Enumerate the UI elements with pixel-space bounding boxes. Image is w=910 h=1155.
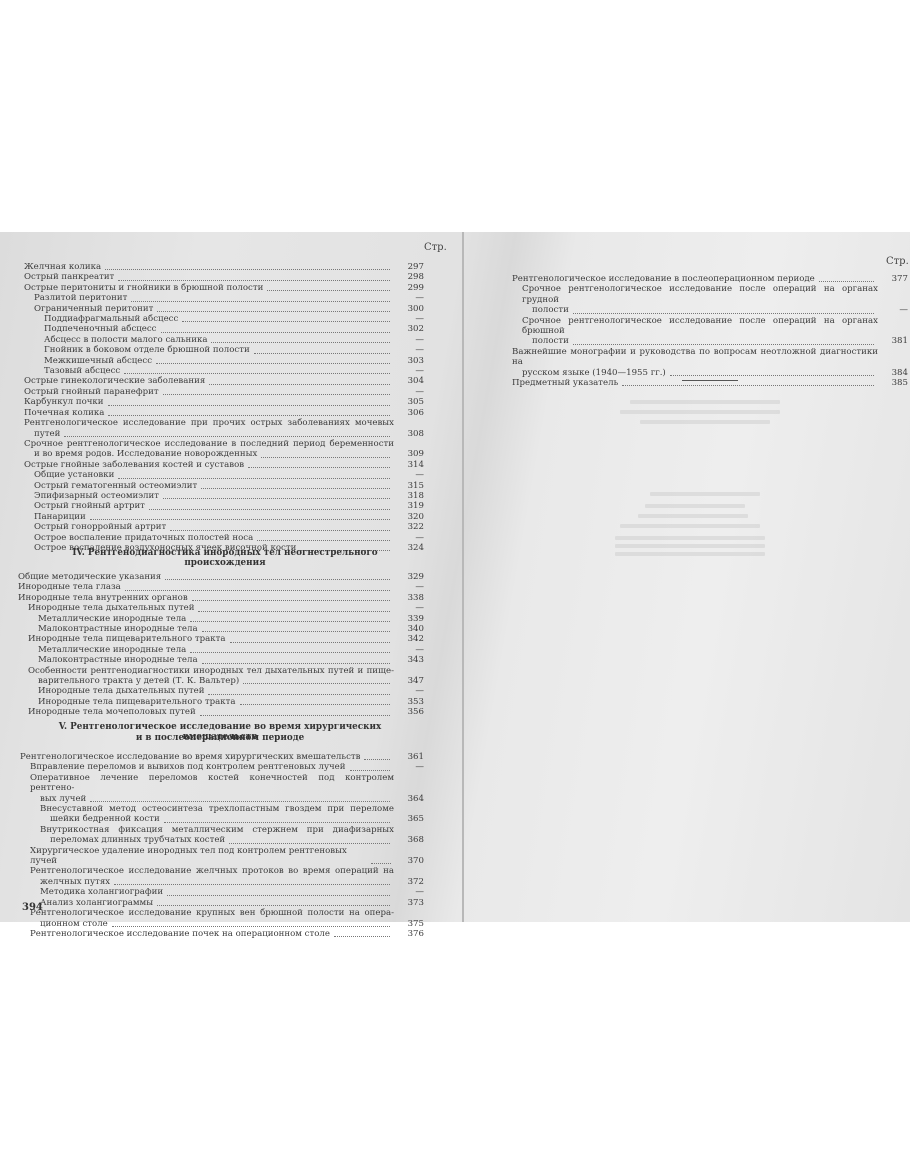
- toc-entry-title: Тазовый абсцесс: [44, 366, 120, 376]
- toc-entry-title-cont: и во время родов. Исследование новорожде…: [34, 449, 257, 459]
- show-through-text: [650, 492, 760, 496]
- dot-leader: [248, 467, 390, 468]
- toc-entry-title: Разлитой перитонит: [34, 293, 127, 303]
- toc-page-number: 319: [394, 501, 424, 511]
- toc-entry: Внесуставной метод остеосинтеза трехлопа…: [20, 804, 424, 825]
- dot-leader: [202, 663, 390, 664]
- toc-entry: Вправление переломов и вывихов под контр…: [20, 762, 424, 772]
- page-column-header: Стр.: [886, 256, 909, 267]
- toc-page-number: 299: [394, 283, 424, 293]
- toc-entry: Важнейшие монографии и руководства по во…: [512, 347, 908, 378]
- show-through-text: [620, 524, 760, 528]
- toc-entry-title: Гнойник в боковом отделе брюшной полости: [44, 345, 250, 355]
- toc-entry: Разлитой перитонит—: [24, 293, 424, 303]
- toc-block-a: Желчная колика297Острый панкреатит298Ост…: [24, 262, 424, 553]
- dot-leader: [211, 342, 390, 343]
- toc-page-number: 339: [394, 614, 424, 624]
- dot-leader: [267, 290, 390, 291]
- toc-entry-title: Общие методические указания: [18, 572, 161, 582]
- toc-page-number: 365: [394, 814, 424, 824]
- dot-leader: [819, 281, 874, 282]
- toc-entry: Хирургическое удаление инородных тел под…: [20, 846, 424, 867]
- toc-entry-title: Желчная колика: [24, 262, 101, 272]
- toc-entry-title: Инородные тела дыхательных путей: [28, 603, 194, 613]
- toc-entry-title-cont: шейки бедренной кости: [50, 814, 160, 824]
- toc-entry-title: Острые гнойные заболевания костей и суст…: [24, 460, 244, 470]
- toc-page-number: —: [394, 366, 424, 376]
- dot-leader: [190, 621, 390, 622]
- show-through-text: [615, 536, 765, 540]
- toc-entry: Общие методические указания329: [18, 572, 424, 582]
- dot-leader: [622, 385, 874, 386]
- toc-entry-title: Острый гнойный паранефрит: [24, 387, 159, 397]
- toc-entry: Инородные тела дыхательных путей—: [18, 686, 424, 696]
- dot-leader: [261, 457, 390, 458]
- toc-entry-title: Острый гонорройный артрит: [34, 522, 166, 532]
- dot-leader: [371, 863, 391, 864]
- dot-leader: [163, 498, 390, 499]
- toc-entry-title: Эпифизарный остеомиэлит: [34, 491, 159, 501]
- left-page: Стр. Желчная колика297Острый панкреатит2…: [0, 232, 460, 922]
- toc-entry-title-cont: ционном столе: [40, 919, 108, 929]
- toc-entry-title: Внесуставной метод остеосинтеза трехлопа…: [40, 804, 394, 814]
- toc-entry: Малоконтрастные инородные тела340: [18, 624, 424, 634]
- toc-block-c: Рентгенологическое исследование во время…: [20, 752, 424, 939]
- toc-entry: Металлические инородные тела339: [18, 614, 424, 624]
- toc-page-number: 372: [394, 877, 424, 887]
- dot-leader: [90, 801, 390, 802]
- toc-entry: Рентгенологическое исследование в послео…: [512, 274, 908, 284]
- dot-leader: [165, 579, 390, 580]
- toc-entry: Острый гнойный паранефрит—: [24, 387, 424, 397]
- dot-leader: [108, 405, 390, 406]
- dot-leader: [254, 353, 390, 354]
- toc-entry-title: Малоконтрастные инородные тела: [38, 624, 198, 634]
- toc-page-number: 318: [394, 491, 424, 501]
- toc-entry-title: Оперативное лечение переломов костей кон…: [30, 773, 394, 794]
- dot-leader: [64, 436, 390, 437]
- toc-entry: Инородные тела глаза—: [18, 582, 424, 592]
- toc-entry: Общие установки—: [24, 470, 424, 480]
- toc-entry-title: Инородные тела мочеполовых путей: [28, 707, 196, 717]
- toc-entry-title: Особенности рентгенодиагностики инородны…: [28, 666, 394, 676]
- toc-page-number: 302: [394, 324, 424, 334]
- dot-leader: [192, 600, 390, 601]
- toc-entry-title: Срочное рентгенологическое исследование …: [522, 284, 878, 305]
- toc-entry: Рентгенологическое исследование при проч…: [24, 418, 424, 439]
- toc-page-number: 320: [394, 512, 424, 522]
- toc-page-number: 370: [395, 856, 424, 866]
- toc-page-number: 375: [394, 919, 424, 929]
- show-through-text: [640, 420, 770, 424]
- toc-page-number: —: [394, 293, 424, 303]
- toc-page-number: 306: [394, 408, 424, 418]
- toc-entry: Острый гнойный артрит319: [24, 501, 424, 511]
- toc-entry: Острые перитониты и гнойники в брюшной п…: [24, 283, 424, 293]
- section-v-heading-line2: и в послеоперационном периоде: [30, 733, 410, 743]
- show-through-text: [620, 410, 780, 414]
- toc-entry-title-cont: путей: [34, 429, 60, 439]
- toc-page-number: 315: [394, 481, 424, 491]
- toc-page-number: —: [394, 345, 424, 355]
- toc-entry: Острое воспаление придаточных полостей н…: [24, 533, 424, 543]
- toc-entry: Подпеченочный абсцесс302: [24, 324, 424, 334]
- toc-entry-title: Рентгенологическое исследование почек на…: [30, 929, 330, 939]
- toc-page-number: 385: [878, 378, 908, 388]
- dot-leader: [118, 280, 390, 281]
- toc-entry-title: Острый панкреатит: [24, 272, 114, 282]
- toc-page-number: —: [394, 314, 424, 324]
- toc-entry-title: Острые перитониты и гнойники в брюшной п…: [24, 283, 263, 293]
- toc-entry: Методика холангиографии—: [20, 887, 424, 897]
- show-through-text: [615, 552, 765, 556]
- toc-entry: Острый панкреатит298: [24, 272, 424, 282]
- show-through-text: [630, 400, 780, 404]
- toc-entry: Поддиафрагмальный абсцесс—: [24, 314, 424, 324]
- toc-entry-title: Рентгенологическое исследование при проч…: [24, 418, 394, 428]
- toc-page-number: 361: [394, 752, 424, 762]
- toc-entry-title: Рентгенологическое исследование крупных …: [30, 908, 394, 918]
- section-iv-heading: IV. Рентгенодиагностика инородных тел не…: [40, 548, 410, 568]
- toc-entry-title: Инородные тела внутренних органов: [18, 593, 188, 603]
- toc-entry-title: Острый гематогенный остеомиэлит: [34, 481, 197, 491]
- toc-page-number: 300: [394, 304, 424, 314]
- toc-page-number: 384: [878, 368, 908, 378]
- dot-leader: [670, 375, 874, 376]
- toc-entry-title-cont: полости: [532, 336, 569, 346]
- toc-entry-title: Межкишечный абсцесс: [44, 356, 152, 366]
- toc-entry: Ограниченный перитонит300: [24, 304, 424, 314]
- toc-entry-title-cont: полости: [532, 305, 569, 315]
- toc-entry-title: Анализ холангиограммы: [40, 898, 153, 908]
- toc-entry: Рентгенологическое исследование почек на…: [20, 929, 424, 939]
- toc-page-number: 305: [394, 397, 424, 407]
- toc-page-number: 347: [394, 676, 424, 686]
- toc-entry: Межкишечный абсцесс303: [24, 356, 424, 366]
- dot-leader: [190, 652, 390, 653]
- toc-entry-title: Рентгенологическое исследование желчных …: [30, 866, 394, 876]
- right-page: Стр. Рентгенологическое исследование в п…: [470, 232, 910, 922]
- toc-page-number: —: [394, 335, 424, 345]
- toc-entry: Острые гнойные заболевания костей и суст…: [24, 460, 424, 470]
- toc-entry: Острый гематогенный остеомиэлит315: [24, 481, 424, 491]
- toc-page-number: —: [394, 603, 424, 613]
- end-rule: [682, 380, 738, 381]
- toc-page-number: 373: [394, 898, 424, 908]
- toc-entry-title: Важнейшие монографии и руководства по во…: [512, 347, 878, 368]
- toc-entry: Эпифизарный остеомиэлит318: [24, 491, 424, 501]
- dot-leader: [334, 936, 390, 937]
- toc-entry-title: Металлические инородные тела: [38, 614, 186, 624]
- toc-page-number: 343: [394, 655, 424, 665]
- toc-entry-title: Инородные тела пищеварительного тракта: [38, 697, 236, 707]
- toc-page-number: 298: [394, 272, 424, 282]
- toc-page-number: 314: [394, 460, 424, 470]
- toc-entry-title: Вправление переломов и вывихов под контр…: [30, 762, 346, 772]
- show-through-text: [615, 544, 765, 548]
- toc-entry: Рентгенологическое исследование желчных …: [20, 866, 424, 887]
- dot-leader: [243, 683, 390, 684]
- toc-page-number: 322: [394, 522, 424, 532]
- toc-entry: Анализ холангиограммы373: [20, 898, 424, 908]
- toc-entry-title: Общие установки: [34, 470, 114, 480]
- toc-entry: Инородные тела внутренних органов338: [18, 593, 424, 603]
- toc-entry: Инородные тела дыхательных путей—: [18, 603, 424, 613]
- toc-entry: Почечная колика306: [24, 408, 424, 418]
- dot-leader: [131, 301, 390, 302]
- toc-entry-title: Предметный указатель: [512, 378, 618, 388]
- toc-page-number: —: [394, 887, 424, 897]
- toc-entry-title: Рентгенологическое исследование во время…: [20, 752, 360, 762]
- toc-page-number: 338: [394, 593, 424, 603]
- toc-entry: Инородные тела пищеварительного тракта34…: [18, 634, 424, 644]
- dot-leader: [230, 642, 390, 643]
- toc-entry-title-cont: вых лучей: [40, 794, 86, 804]
- book-spread: Стр. Желчная колика297Острый панкреатит2…: [0, 232, 910, 922]
- toc-entry: Гнойник в боковом отделе брюшной полости…: [24, 345, 424, 355]
- toc-entry: Тазовый абсцесс—: [24, 366, 424, 376]
- dot-leader: [208, 694, 390, 695]
- toc-entry-title: Острый гнойный артрит: [34, 501, 145, 511]
- toc-entry-title: Панариции: [34, 512, 86, 522]
- toc-entry-title: Подпеченочный абсцесс: [44, 324, 157, 334]
- toc-entry-title: Ограниченный перитонит: [34, 304, 153, 314]
- dot-leader: [200, 715, 390, 716]
- toc-entry-title-cont: русском языке (1940—1955 гг.): [522, 368, 666, 378]
- dot-leader: [201, 488, 390, 489]
- toc-entry: Острый гонорройный артрит322: [24, 522, 424, 532]
- toc-page-number: —: [878, 305, 908, 315]
- toc-page-number: 376: [394, 929, 424, 939]
- toc-page-number: 364: [394, 794, 424, 804]
- dot-leader: [125, 590, 390, 591]
- dot-leader: [114, 884, 390, 885]
- dot-leader: [163, 394, 390, 395]
- toc-page-number: 303: [394, 356, 424, 366]
- page-column-header: Стр.: [424, 242, 447, 253]
- toc-entry: Инородные тела пищеварительного тракта35…: [18, 697, 424, 707]
- dot-leader: [257, 540, 390, 541]
- dot-leader: [209, 384, 390, 385]
- toc-entry: Малоконтрастные инородные тела343: [18, 655, 424, 665]
- dot-leader: [112, 926, 390, 927]
- toc-page-number: 297: [394, 262, 424, 272]
- toc-page-number: —: [394, 470, 424, 480]
- toc-entry-title: Острые гинекологические заболевания: [24, 376, 205, 386]
- show-through-text: [638, 514, 748, 518]
- dot-leader: [182, 321, 390, 322]
- toc-page-number: 356: [394, 707, 424, 717]
- toc-page-number: —: [394, 645, 424, 655]
- toc-page-number: —: [394, 762, 424, 772]
- toc-entry: Рентгенологическое исследование во время…: [20, 752, 424, 762]
- dot-leader: [124, 373, 390, 374]
- toc-entry-title: Карбункул почки: [24, 397, 104, 407]
- toc-entry-title-cont: варительного тракта у детей (Т. К. Вальт…: [38, 676, 239, 686]
- toc-entry: Панариции320: [24, 512, 424, 522]
- toc-page-number: 368: [394, 835, 424, 845]
- dot-leader: [105, 269, 390, 270]
- toc-page-number: 329: [394, 572, 424, 582]
- toc-entry-title: Инородные тела дыхательных путей: [38, 686, 204, 696]
- toc-entry: Особенности рентгенодиагностики инородны…: [18, 666, 424, 687]
- dot-leader: [157, 311, 390, 312]
- toc-entry-title: Срочное рентгенологическое исследование …: [24, 439, 394, 449]
- toc-entry-title: Малоконтрастные инородные тела: [38, 655, 198, 665]
- dot-leader: [164, 822, 390, 823]
- toc-entry: Срочное рентгенологическое исследование …: [512, 284, 908, 315]
- dot-leader: [240, 704, 390, 705]
- toc-entry: Абсцесс в полости малого сальника—: [24, 335, 424, 345]
- toc-block-right: Рентгенологическое исследование в послео…: [512, 274, 908, 388]
- toc-entry: Рентгенологическое исследование крупных …: [20, 908, 424, 929]
- toc-page-number: 304: [394, 376, 424, 386]
- toc-entry: Карбункул почки305: [24, 397, 424, 407]
- toc-entry-title: Инородные тела пищеварительного тракта: [28, 634, 226, 644]
- toc-entry: Инородные тела мочеполовых путей356: [18, 707, 424, 717]
- dot-leader: [157, 905, 390, 906]
- dot-leader: [573, 313, 874, 314]
- dot-leader: [198, 611, 390, 612]
- dot-leader: [202, 631, 390, 632]
- dot-leader: [350, 770, 391, 771]
- dot-leader: [156, 363, 390, 364]
- dot-leader: [573, 344, 874, 345]
- page-number: 394: [22, 902, 43, 913]
- dot-leader: [108, 415, 390, 416]
- toc-page-number: 308: [394, 429, 424, 439]
- toc-page-number: 340: [394, 624, 424, 634]
- toc-page-number: —: [394, 387, 424, 397]
- toc-page-number: 381: [878, 336, 908, 346]
- toc-entry-title: Металлические инородные тела: [38, 645, 186, 655]
- toc-entry: Желчная колика297: [24, 262, 424, 272]
- toc-entry: Металлические инородные тела—: [18, 645, 424, 655]
- toc-entry-title: Почечная колика: [24, 408, 104, 418]
- toc-entry: Внутрикостная фиксация металлическим сте…: [20, 825, 424, 846]
- toc-block-b: Общие методические указания329Инородные …: [18, 572, 424, 718]
- toc-entry-title-cont: переломах длинных трубчатых костей: [50, 835, 225, 845]
- dot-leader: [229, 843, 390, 844]
- toc-entry-title: Абсцесс в полости малого сальника: [44, 335, 207, 345]
- toc-entry-title: Рентгенологическое исследование в послео…: [512, 274, 815, 284]
- toc-entry: Оперативное лечение переломов костей кон…: [20, 773, 424, 804]
- toc-page-number: —: [394, 686, 424, 696]
- toc-entry-title: Поддиафрагмальный абсцесс: [44, 314, 178, 324]
- toc-entry-title: Инородные тела глаза: [18, 582, 121, 592]
- toc-entry-title-cont: желчных путях: [40, 877, 110, 887]
- toc-entry: Срочное рентгенологическое исследование …: [24, 439, 424, 460]
- show-through-text: [645, 504, 745, 508]
- dot-leader: [149, 509, 390, 510]
- toc-entry-title: Срочное рентгенологическое исследование …: [522, 316, 878, 337]
- dot-leader: [90, 519, 390, 520]
- dot-leader: [364, 759, 390, 760]
- dot-leader: [170, 530, 390, 531]
- toc-page-number: 342: [394, 634, 424, 644]
- toc-entry-title: Методика холангиографии: [40, 887, 163, 897]
- toc-page-number: —: [394, 533, 424, 543]
- dot-leader: [118, 478, 390, 479]
- toc-entry: Острые гинекологические заболевания304: [24, 376, 424, 386]
- toc-page-number: 353: [394, 697, 424, 707]
- toc-entry: Срочное рентгенологическое исследование …: [512, 316, 908, 347]
- toc-page-number: 309: [394, 449, 424, 459]
- book-gutter: [462, 232, 464, 922]
- toc-entry-title: Внутрикостная фиксация металлическим сте…: [40, 825, 394, 835]
- toc-entry-title: Хирургическое удаление инородных тел под…: [30, 846, 367, 867]
- dot-leader: [167, 895, 390, 896]
- toc-page-number: 377: [878, 274, 908, 284]
- toc-entry-title: Острое воспаление придаточных полостей н…: [34, 533, 253, 543]
- toc-page-number: —: [394, 582, 424, 592]
- dot-leader: [161, 332, 391, 333]
